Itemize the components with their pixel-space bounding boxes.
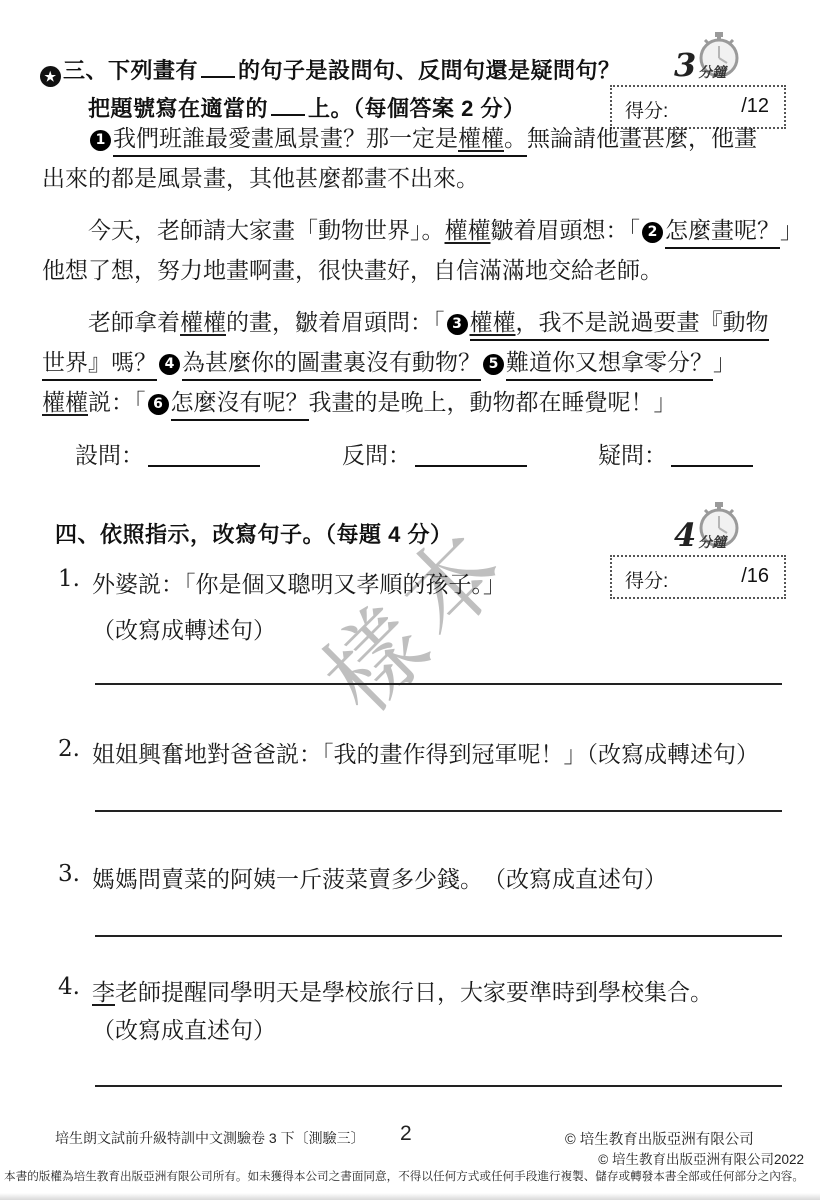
worksheet-page: { "section3": { "star_icon": "★", "title… xyxy=(0,0,820,1200)
question-text: 姐姐興奮地對爸爸説：「我的畫作得到冠軍呢！」（改寫成轉述句） xyxy=(92,736,759,769)
answer-yiwen: 疑問： xyxy=(598,437,753,470)
text-segment: ，我不是説過要畫『動物 xyxy=(516,310,769,341)
text-segment: 他想了想，努力地畫啊畫，很快畫好，自信滿滿地交給老師。 xyxy=(42,258,663,284)
section3-heading-line2: 把題號寫在適當的上。（每個答案 2 分） xyxy=(88,92,525,123)
passage-line: 今天，老師請大家畫「動物世界」。權權皺着眉頭想：「2怎麼畫呢？」 xyxy=(42,214,803,248)
text-segment: 無論請他畫甚麼，他畫 xyxy=(527,126,757,152)
timer-3min: 3 分鐘 xyxy=(668,30,768,88)
page-bottom-edge xyxy=(0,1193,820,1200)
question-text: 李老師提醒同學明天是學校旅行日，大家要準時到學校集合。 xyxy=(92,974,713,1007)
text-segment: 世界』嗎？ xyxy=(42,350,157,381)
timer-4min: 4 分鐘 xyxy=(668,500,768,558)
text-segment: 説：「 xyxy=(88,390,146,416)
answer-blank xyxy=(671,445,753,467)
text-segment: 權權 xyxy=(470,310,516,341)
circled-number-icon: 5 xyxy=(483,354,504,375)
text-segment: 」 xyxy=(713,350,736,376)
answer-label: 設問： xyxy=(75,443,144,469)
timer-unit: 分鐘 xyxy=(698,62,726,82)
score-box-section4: 得分: /16 xyxy=(610,555,786,599)
text-segment: 媽媽問賣菜的阿姨一斤菠菜賣多少錢。 （改寫成直述句） xyxy=(92,867,667,893)
text-segment: 為甚麼你的圖畫裏沒有動物？ xyxy=(182,350,481,381)
question-number: 3. xyxy=(58,861,80,887)
text-segment: 怎麼畫呢？ xyxy=(665,218,780,249)
question-number: 2. xyxy=(58,736,80,762)
section3-title2-pre: 把題號寫在適當的 xyxy=(88,96,268,121)
answer-shewen: 設問： xyxy=(75,437,260,470)
passage-line: 出來的都是風景畫，其他甚麼都畫不出來。 xyxy=(42,162,479,196)
passage-line: 1我們班誰最愛畫風景畫？那一定是權權。無論請他畫甚麼，他畫 xyxy=(42,122,757,156)
timer-value: 3 xyxy=(674,46,696,84)
answer-fanwen: 反問： xyxy=(342,437,527,470)
answer-line xyxy=(95,683,782,685)
question-text: 媽媽問賣菜的阿姨一斤菠菜賣多少錢。 （改寫成直述句） xyxy=(92,861,667,894)
circled-number-icon: 3 xyxy=(447,314,468,335)
text-segment: 權權 xyxy=(445,218,491,244)
question-text: 外婆説：「你是個又聰明又孝順的孩子。」 xyxy=(92,566,506,599)
footer-publisher: © 培生教育出版亞洲有限公司 xyxy=(565,1128,754,1149)
text-segment: 外婆説：「你是個又聰明又孝順的孩子。」 xyxy=(92,572,506,598)
question-note: （改寫成直述句） xyxy=(92,1012,276,1045)
heading-blank xyxy=(271,98,305,116)
timer-unit: 分鐘 xyxy=(698,532,726,552)
circled-number-icon: 2 xyxy=(642,222,663,243)
score-label: 得分: xyxy=(625,96,668,123)
text-segment: 」 xyxy=(780,218,803,244)
passage-line: 世界』嗎？4為甚麼你的圖畫裏沒有動物？5難道你又想拿零分？」 xyxy=(42,346,736,380)
text-segment: 我畫的是晚上，動物都在睡覺呢！」 xyxy=(309,390,677,416)
question-note: （改寫成轉述句） xyxy=(92,612,276,645)
text-segment: 權權 xyxy=(42,390,88,416)
text-segment: 。 xyxy=(504,126,527,157)
score-value: /12 xyxy=(741,95,769,118)
text-segment: 皺着眉頭想：「 xyxy=(491,218,641,244)
passage-line: 老師拿着權權的畫，皺着眉頭問：「3權權，我不是説過要畫『動物 xyxy=(42,306,769,340)
section3-title-post: 的句子是設問句、反問句還是疑問句？ xyxy=(238,58,621,83)
answer-line xyxy=(95,935,782,937)
answer-line xyxy=(95,810,782,812)
question-number: 4. xyxy=(58,974,80,1000)
text-segment: 權權 xyxy=(458,126,504,157)
page-number: 2 xyxy=(400,1122,412,1146)
footer-copyright-year: © 培生教育出版亞洲有限公司2022 xyxy=(598,1148,804,1168)
answer-blank xyxy=(148,445,260,467)
score-label: 得分: xyxy=(625,566,668,593)
text-segment: 老師拿着 xyxy=(88,310,180,336)
text-segment: 老師提醒同學明天是學校旅行日，大家要準時到學校集合。 xyxy=(115,980,713,1006)
passage-line: 權權説：「6怎麼沒有呢？我畫的是晚上，動物都在睡覺呢！」 xyxy=(42,386,677,420)
text-segment: 難道你又想拿零分？ xyxy=(506,350,713,381)
section3-heading-line1: ★三、下列畫有的句子是設問句、反問句還是疑問句？ xyxy=(40,54,621,87)
footer-legal: 本書的版權為培生教育出版亞洲有限公司所有。如未獲得本公司之書面同意，不得以任何方… xyxy=(4,1168,804,1184)
question-number: 1. xyxy=(58,566,80,592)
footer-booklet-title: 培生朗文試前升級特訓中文測驗卷 3 下〔測驗三〕 xyxy=(55,1128,365,1148)
passage-line: 他想了想，努力地畫啊畫，很快畫好，自信滿滿地交給老師。 xyxy=(42,254,663,288)
answer-blank xyxy=(415,445,527,467)
text-segment: 我們班誰最愛畫風景畫？那一定是 xyxy=(113,126,458,157)
section3-title-pre: 三、下列畫有 xyxy=(63,58,198,83)
heading-blank xyxy=(201,60,235,78)
text-segment: 李 xyxy=(92,980,115,1006)
text-segment: 今天，老師請大家畫「動物世界」。 xyxy=(88,218,445,244)
text-segment: 權權 xyxy=(180,310,226,336)
answer-label: 疑問： xyxy=(598,443,667,469)
circled-number-icon: 1 xyxy=(90,130,111,151)
circled-number-icon: 4 xyxy=(159,354,180,375)
text-segment: 怎麼沒有呢？ xyxy=(171,390,309,421)
section4-heading: 四、依照指示，改寫句子。（每題 4 分） xyxy=(55,518,452,549)
section3-title2-post: 上。（每個答案 2 分） xyxy=(308,96,525,121)
text-segment: 出來的都是風景畫，其他甚麼都畫不出來。 xyxy=(42,166,479,192)
text-segment: 的畫，皺着眉頭問：「 xyxy=(226,310,445,336)
answer-label: 反問： xyxy=(342,443,411,469)
answer-line xyxy=(95,1085,782,1087)
star-icon: ★ xyxy=(40,66,61,87)
circled-number-icon: 6 xyxy=(148,394,169,415)
text-segment: 姐姐興奮地對爸爸説：「我的畫作得到冠軍呢！」（改寫成轉述句） xyxy=(92,742,759,768)
score-value: /16 xyxy=(741,565,769,588)
timer-value: 4 xyxy=(674,516,696,554)
